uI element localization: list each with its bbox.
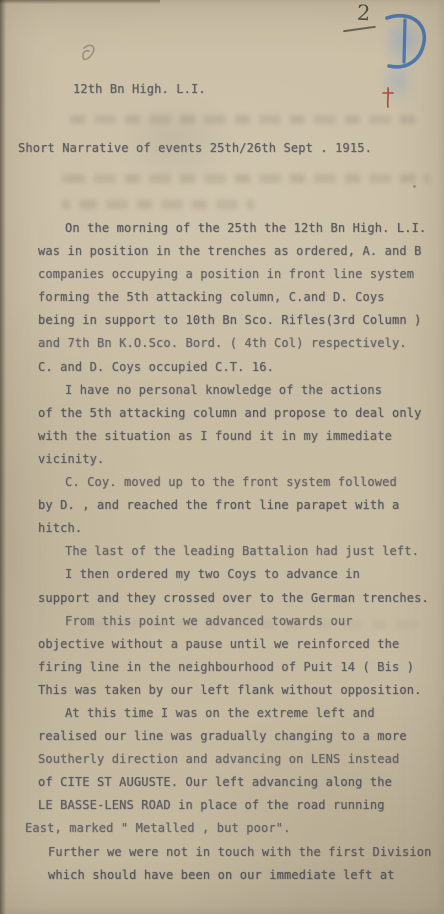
pencil-squiggle-mark [78,40,104,68]
scan-edge-shadow-top [0,0,160,4]
text-line: Southerly direction and advancing on LEN… [38,752,438,775]
ink-speck [413,185,416,188]
text-line: which should have been on our immediate … [48,868,438,891]
bleed-through-text [62,174,430,183]
text-line: hitch. [38,521,438,544]
narrative-body: On the morning of the 25th the 12th Bn H… [38,221,438,891]
text-line: C. and D. Coys occupied C.T. 16. [38,360,438,383]
text-line: companies occupying a position in front … [38,267,438,290]
text-line: I have no personal knowledge of the acti… [38,383,438,406]
red-cross-icon [379,85,397,111]
bleed-through-text [62,200,254,209]
text-line: realised our line was gradually changing… [38,729,438,752]
scan-edge-shadow [0,0,6,914]
text-line: The last of the leading Battalion had ju… [38,544,438,567]
text-line: East, marked " Metalled , but poor". [25,821,438,844]
text-line: by D. , and reached the front line parap… [38,498,438,521]
blue-letter-d-annotation [377,8,431,74]
unit-heading: 12th Bn High. L.I. [73,82,206,96]
text-line: support and they crossed over to the Ger… [38,591,438,614]
bleed-through-text [70,115,422,124]
text-line: LE BASSE-LENS ROAD in place of the road … [38,798,438,821]
text-line: being in support to 10th Bn Sco. Rifles(… [38,313,438,336]
paper-stain [115,95,235,185]
text-line: firing line in the neighbourhood of Puit… [38,660,438,683]
text-line: On the morning of the 25th the 12th Bn H… [38,221,438,244]
text-line: forming the 5th attacking column, C.and … [38,290,438,313]
text-line: This was taken by our left flank without… [38,683,438,706]
text-line: vicinity. [38,452,438,475]
text-line: of the 5th attacking column and propose … [38,406,438,429]
text-line: with the situation as I found it in my i… [38,429,438,452]
text-line: objective without a pause until we reinf… [38,637,438,660]
scanned-document-page: 2 12th Bn High. L.I. Short Narrative of … [0,0,444,914]
text-line: At this time I was on the extreme left a… [38,706,438,729]
text-line: I then ordered my two Coys to advance in [38,567,438,590]
document-title: Short Narrative of events 25th/26th Sept… [18,141,372,155]
text-line: C. Coy. moved up to the front system fol… [38,475,438,498]
text-line: From this point we advanced towards our [38,614,438,637]
text-line: and 7th Bn K.O.Sco. Bord. ( 4th Col) res… [38,336,438,359]
text-line: Further we were not in touch with the fi… [48,845,438,868]
text-line: was in position in the trenches as order… [38,244,438,267]
text-line: of CITE ST AUGUSTE. Our left advancing a… [38,775,438,798]
